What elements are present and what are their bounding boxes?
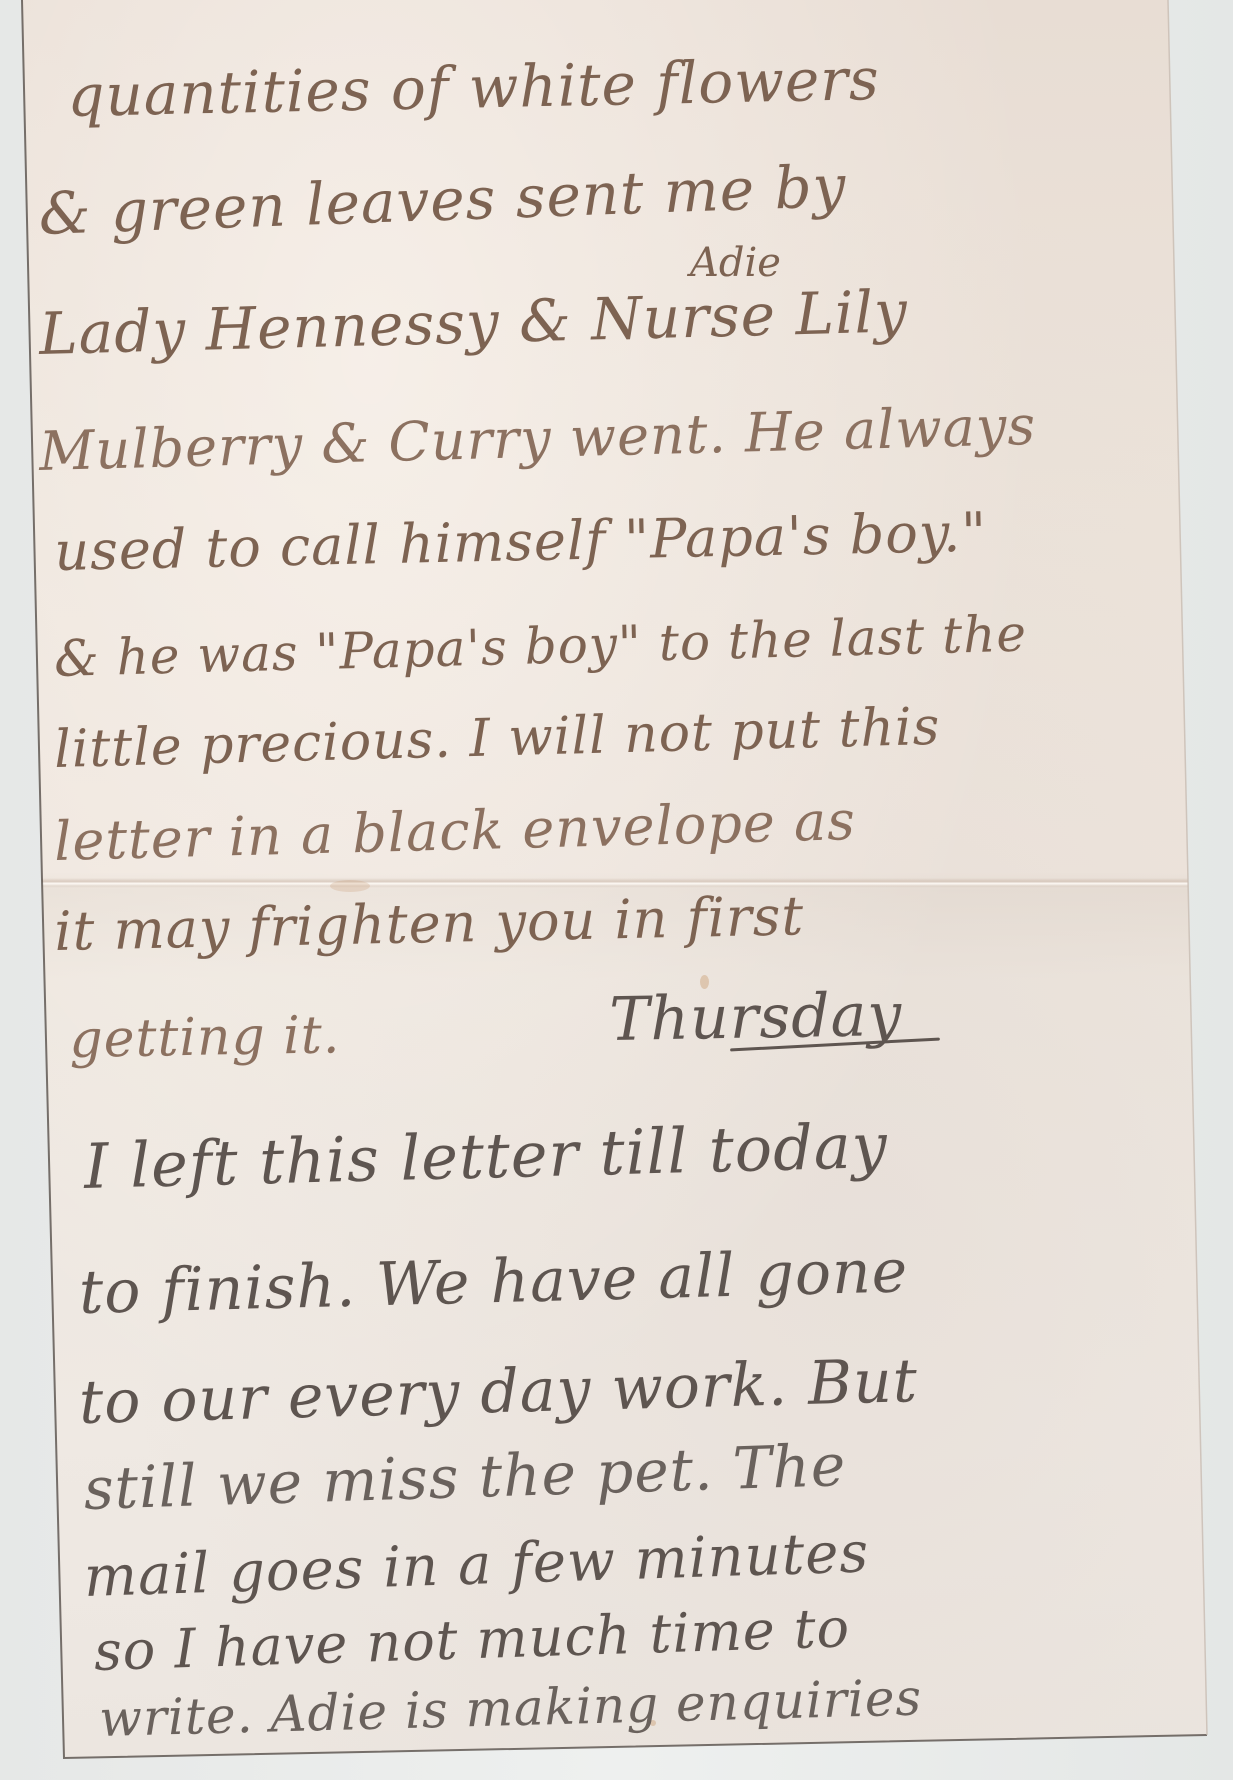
letter-line: used to call himself "Papa's boy." xyxy=(54,500,988,583)
letter-line: getting it. xyxy=(69,1005,341,1070)
letter-line: letter in a black envelope as xyxy=(53,789,856,873)
interlinear-insertion: Adie xyxy=(690,240,781,286)
letter-line: & he was "Papa's boy" to the last the xyxy=(53,605,1027,688)
letter-line: & green leaves sent me by xyxy=(38,152,848,248)
letter-body: quantities of white flowers & green leav… xyxy=(0,0,1233,1780)
letter-line: to finish. We have all gone xyxy=(78,1236,909,1328)
letter-line: still we miss the pet. The xyxy=(83,1431,847,1523)
letter-line: to our every day work. But xyxy=(78,1346,919,1438)
letter-line: write. Adie is making enquiries xyxy=(98,1668,922,1748)
letter-line: so I have not much time to xyxy=(93,1596,851,1683)
letter-line: it may frighten you in first xyxy=(54,884,805,963)
letter-line: little precious. I will not put this xyxy=(53,697,941,780)
letter-line: mail goes in a few minutes xyxy=(83,1520,870,1610)
letter-line: quantities of white flowers xyxy=(67,45,881,130)
letter-line: I left this letter till today xyxy=(83,1109,889,1203)
letter-line: Mulberry & Curry went. He always xyxy=(38,394,1036,483)
letter-line: Lady Hennessy & Nurse Lily xyxy=(38,277,908,368)
